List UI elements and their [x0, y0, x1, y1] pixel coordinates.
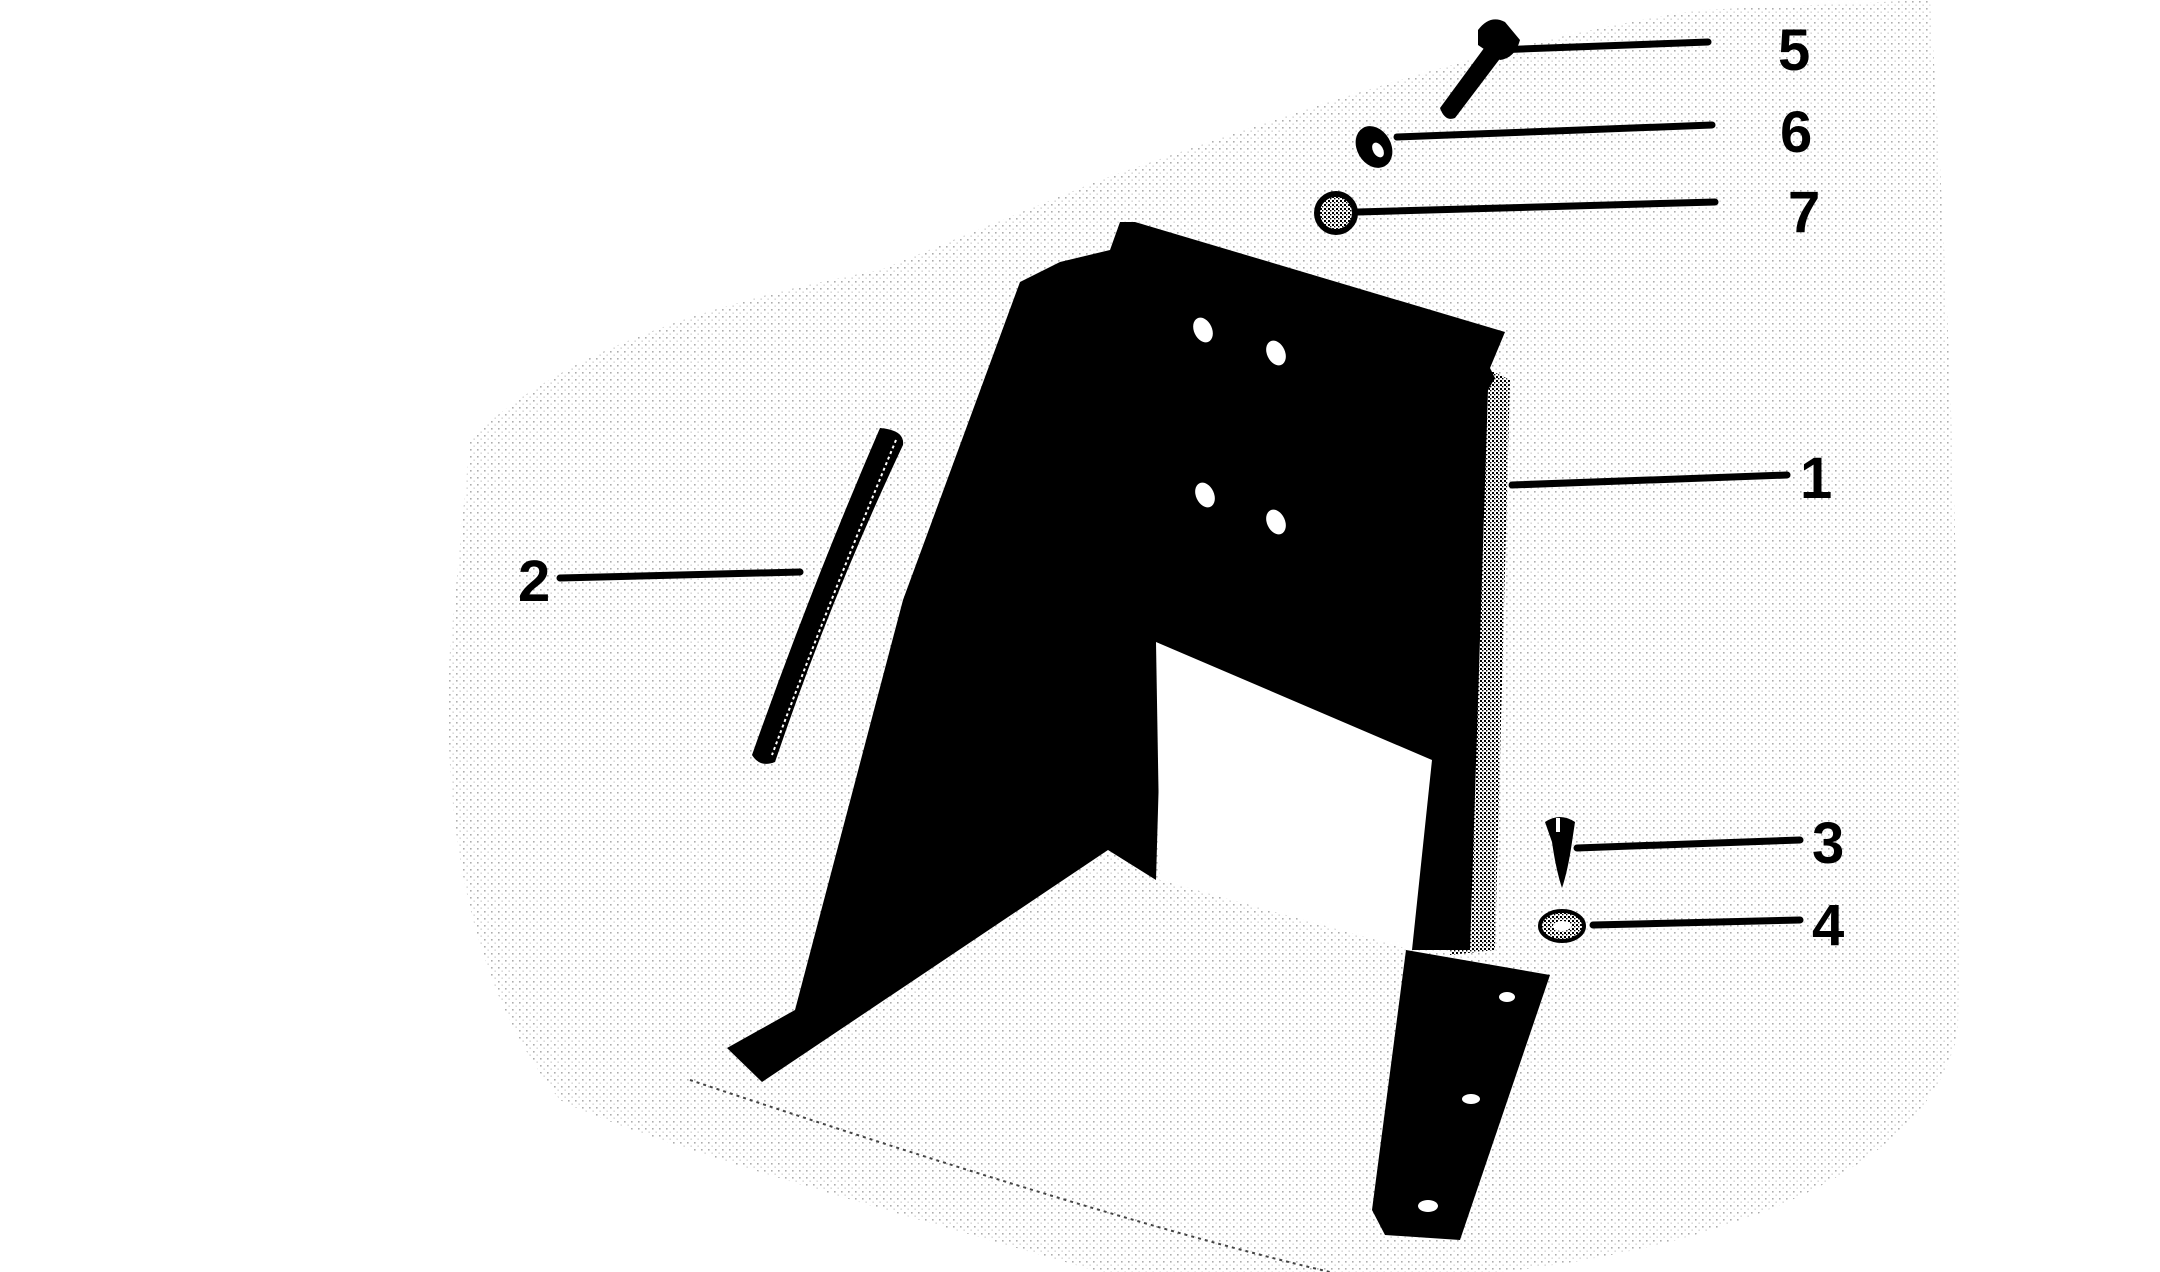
callout-6: 6 — [1780, 100, 1812, 165]
bracket-hole — [1462, 1094, 1480, 1104]
leader-line-4 — [1593, 920, 1800, 925]
callout-7: 7 — [1788, 180, 1820, 245]
washer-part-4 — [1540, 911, 1584, 941]
callout-3: 3 — [1812, 811, 1844, 876]
bracket-hole — [1499, 992, 1515, 1002]
nut-part-7 — [1317, 194, 1355, 232]
callout-5: 5 — [1778, 18, 1810, 83]
callout-4: 4 — [1812, 893, 1844, 958]
callout-2: 2 — [518, 549, 550, 614]
callout-1: 1 — [1800, 446, 1832, 511]
bracket-hole — [1418, 1200, 1438, 1212]
parts-diagram: 1 2 3 4 5 6 7 — [0, 0, 2160, 1272]
